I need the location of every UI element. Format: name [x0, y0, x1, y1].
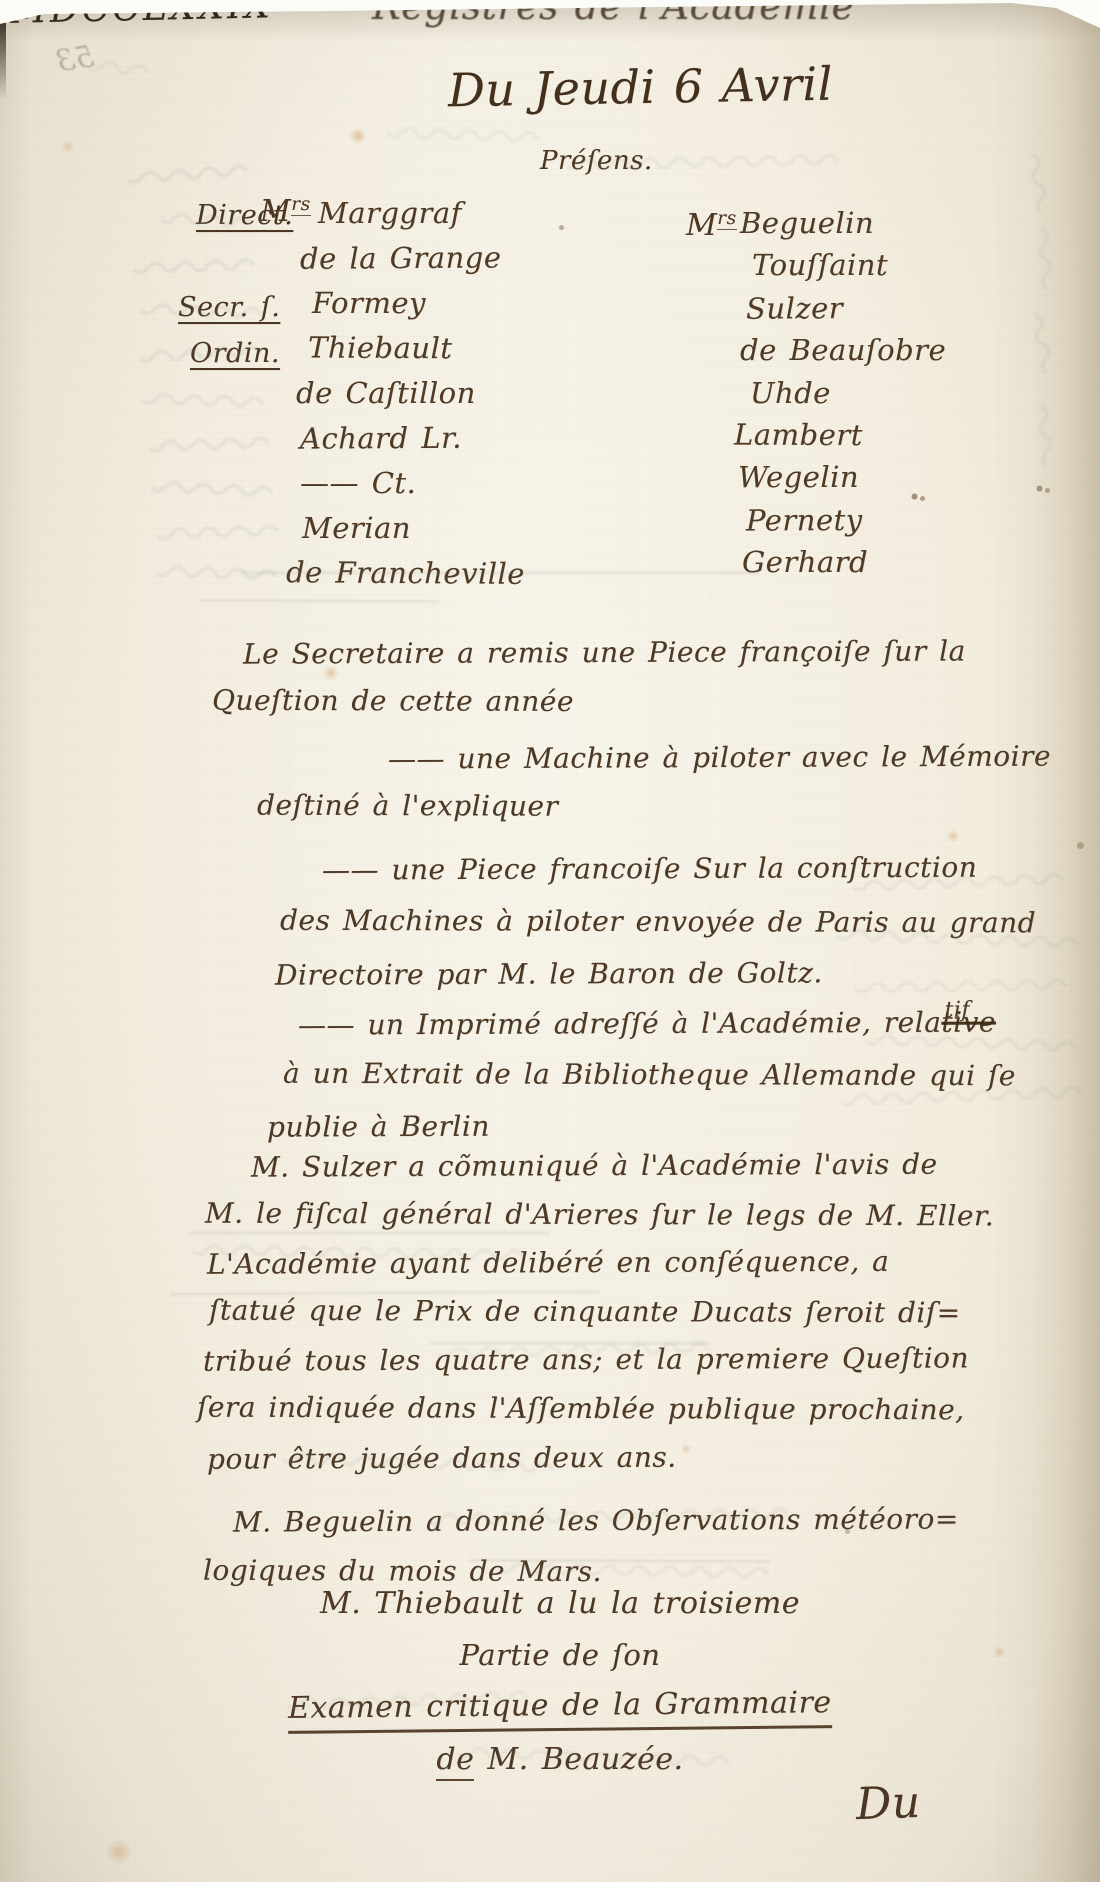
- minutes-line: ſera indiquée dans l'Aſſemblée publique …: [197, 1384, 994, 1435]
- minutes-line: à un Extrait de la Bibliotheque Allemand…: [283, 1048, 1016, 1102]
- minutes-line: Directoire par M. le Baron de Goltz.: [275, 946, 1036, 1002]
- attendee-name: Marggraf: [318, 196, 525, 241]
- paragraph-beguelin-observations: M. Beguelin a donné les Obſervations mét…: [195, 1495, 959, 1597]
- minutes-line: M. Sulzer a cõmuniqué à l'Académie l'avi…: [251, 1140, 994, 1192]
- folio-number-show-through: 53: [53, 39, 97, 80]
- show-through-writing: [1018, 309, 1068, 404]
- page-header-year: MDCCLXXIX: [10, 0, 274, 32]
- presens-label: Préſens.: [540, 146, 653, 176]
- interlinear-correction: tif: [944, 985, 970, 1036]
- minutes-line: Le Secretaire a remis une Piece françoiſ…: [243, 626, 966, 678]
- show-through-writing: [139, 384, 265, 420]
- show-through-writing: [125, 250, 256, 287]
- attendee-name: Sulzer: [746, 290, 946, 334]
- minutes-line: Queſtion de cette année: [212, 676, 966, 728]
- minutes-line: ſtatué que le Prix de cinquante Ducats ſ…: [209, 1286, 994, 1337]
- line-segment: —— un Imprimé adreſſé à l'Académie, rela: [298, 1006, 941, 1042]
- attendee-name: de Francheville: [286, 555, 525, 602]
- attendee-name: Formey: [312, 286, 525, 331]
- minutes-line: M. le fiſcal général d'Arieres ſur le le…: [205, 1189, 994, 1240]
- show-through-writing: [1015, 149, 1061, 238]
- show-through-writing: [127, 555, 278, 592]
- attendee-name: Lambert: [734, 417, 946, 461]
- stain: [60, 140, 76, 153]
- attendee-name: Beguelin: [740, 206, 946, 248]
- closing-work-title: Examen critique de la Grammaire: [0, 1688, 1100, 1731]
- show-through-writing: [359, 117, 540, 155]
- attendee-name: Achard Lr.: [300, 420, 525, 466]
- attendee-name: de Beauſobre: [740, 333, 946, 375]
- minutes-line: L'Académie ayant delibéré en conſéquence…: [207, 1237, 994, 1289]
- minutes-line: M. Beguelin a donné les Obſervations mét…: [233, 1493, 959, 1547]
- closing-thiebault-line2: Partie de ſon: [0, 1638, 1100, 1672]
- attendee-name: Wegelin: [738, 460, 946, 502]
- stain: [348, 128, 368, 144]
- author-name: M. Beauzée.: [474, 1742, 683, 1777]
- closing-thiebault-line1: M. Thiebault a lu la troisieme: [0, 1586, 1100, 1621]
- show-through-writing: [133, 470, 274, 509]
- attendance-right-column: BeguelinTouſſaintSulzerde BeauſobreUhdeL…: [740, 206, 946, 588]
- corrected-word: tivetif: [941, 997, 996, 1048]
- show-through-writing: [145, 428, 271, 464]
- minutes-line: deſtiné à l'expliquer: [257, 781, 1051, 833]
- show-through-writing: [1024, 402, 1065, 490]
- minutes-line: —— un Imprimé adreſſé à l'Académie, rela…: [298, 996, 1016, 1050]
- show-through-writing: [119, 156, 251, 197]
- stain: [104, 1840, 134, 1864]
- attendee-name: Touſſaint: [752, 248, 946, 290]
- attendee-name: Gerhard: [742, 545, 946, 587]
- catchword: Du: [855, 1777, 921, 1830]
- page-header-register-title: Registres de l'Académie: [372, 0, 854, 28]
- left-column-messieurs-prefix: Mrs: [260, 194, 311, 229]
- binding-edge: [0, 22, 6, 100]
- attendee-name: Uhde: [750, 376, 946, 418]
- attendee-name: Merian: [302, 511, 525, 556]
- minutes-line: des Machines à piloter envoyée de Paris …: [280, 894, 1036, 949]
- minutes-line: —— une Machine à piloter avec le Mémoire: [388, 732, 1051, 784]
- manuscript-page: MDCCLXXIX Registres de l'Académie 53 Du …: [0, 0, 1100, 1882]
- session-date-heading: Du Jeudi 6 Avril: [448, 57, 834, 118]
- minutes-line: —— une Piece francoiſe Sur la conſtructi…: [322, 841, 1036, 897]
- role-label-ordinary: Ordin.: [190, 338, 280, 369]
- paragraph-machine-a-piloter: —— une Machine à piloter avec le Mémoire…: [195, 733, 1051, 831]
- attendee-name: Pernety: [746, 502, 946, 545]
- paragraph-piece-construction: —— une Piece francoiſe Sur la conſtructi…: [195, 843, 1036, 1001]
- minutes-line: pour être jugée dans deux ans.: [207, 1432, 994, 1484]
- attendee-name: —— Ct.: [300, 466, 525, 511]
- attendee-name: de la Grange: [300, 240, 525, 287]
- paragraph-imprime-bibliotheque: —— un Imprimé adreſſé à l'Académie, rela…: [195, 998, 1016, 1151]
- role-label-secretary: Secr. ſ.: [178, 292, 280, 323]
- attendee-name: Thiebault: [308, 330, 525, 376]
- closing-author-line: de M. Beauzée.: [0, 1742, 1100, 1777]
- underlined-de: de: [436, 1742, 474, 1781]
- show-through-writing: [139, 516, 280, 553]
- paragraph-piece-francoise: Le Secretaire a remis une Piece françoiſ…: [195, 628, 966, 726]
- right-column-messieurs-prefix: Mrs: [686, 208, 737, 243]
- ink-specks: [0, 0, 3, 3]
- show-through-writing: [1025, 225, 1064, 307]
- minutes-line: tribué tous les quatre ans; et la premie…: [203, 1335, 994, 1387]
- paragraph-sulzer-legs-eller: M. Sulzer a cõmuniqué à l'Académie l'avi…: [195, 1142, 994, 1482]
- attendance-left-column: Marggrafde la GrangeFormeyThiebaultde Ca…: [318, 196, 525, 601]
- attendee-name: de Caſtillon: [296, 376, 525, 421]
